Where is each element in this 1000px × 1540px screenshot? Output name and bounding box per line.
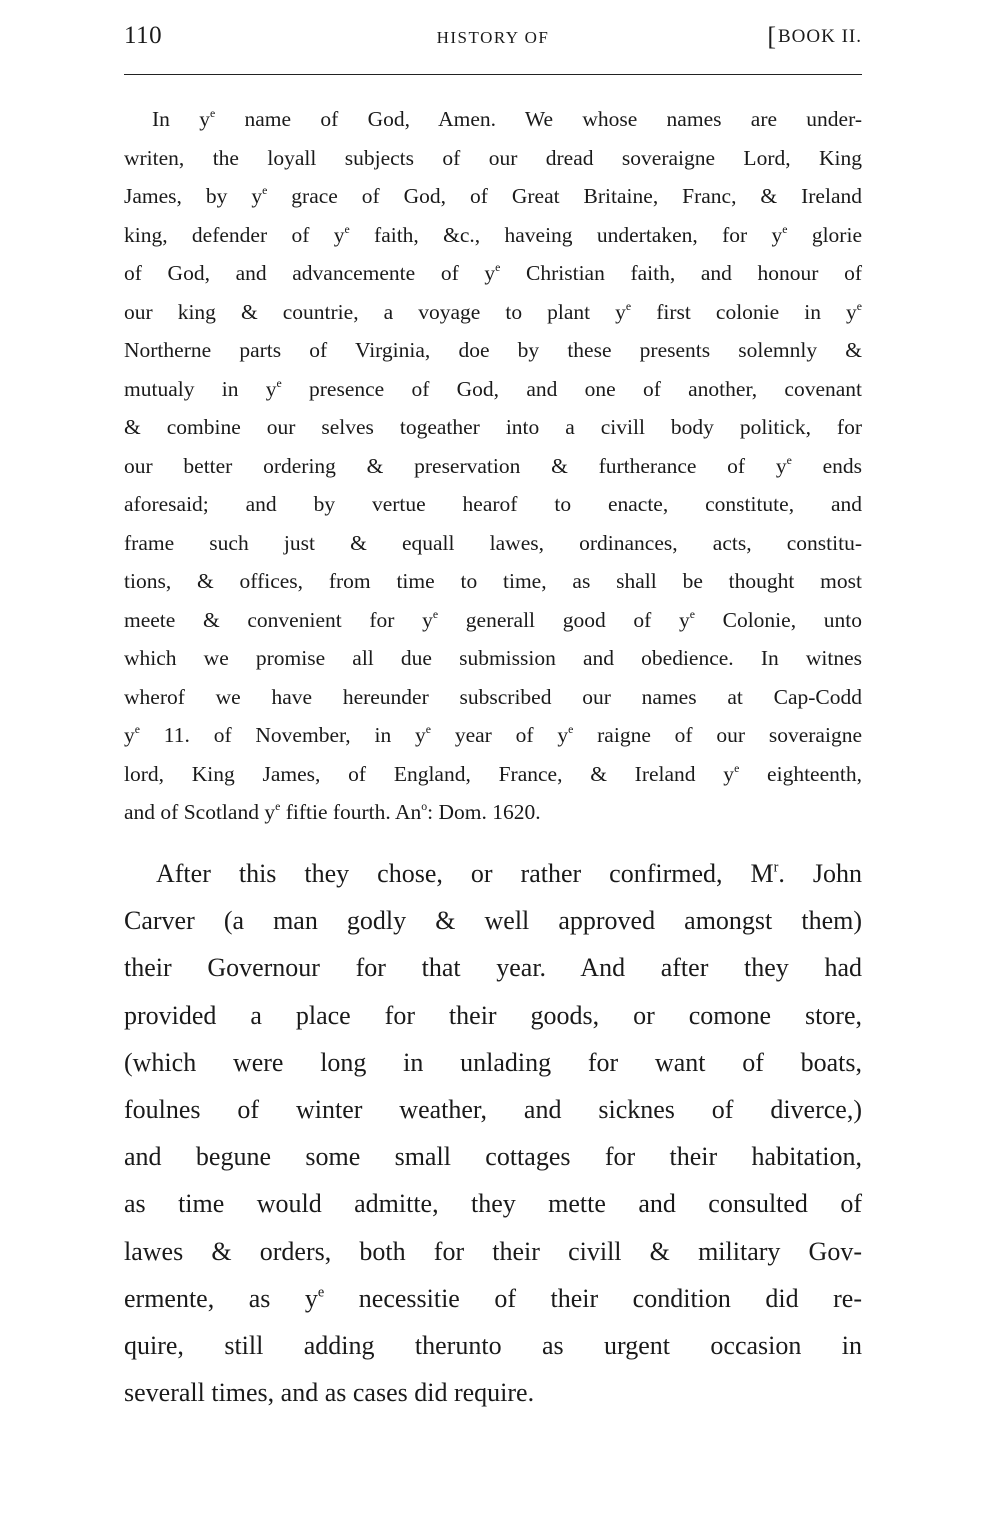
text-line: James, by ye grace of God, of Great Brit…	[124, 177, 862, 216]
narrative-paragraph: After this they chose, or rather confirm…	[124, 850, 862, 1416]
running-title: HISTORY OF	[124, 28, 862, 48]
text-line: and begune some small cottages for their…	[124, 1133, 862, 1180]
running-head: 110 HISTORY OF [BOOK II.	[124, 22, 862, 56]
text-line: meete & convenient for ye generall good …	[124, 601, 862, 640]
text-line: ye 11. of November, in ye year of ye rai…	[124, 716, 862, 755]
text-line: and of Scotland ye fiftie fourth. Ano: D…	[124, 793, 862, 832]
text-line: their Governour for that year. And after…	[124, 944, 862, 991]
text-line: foulnes of winter weather, and sicknes o…	[124, 1086, 862, 1133]
text-line: & combine our selves togeather into a ci…	[124, 408, 862, 447]
text-line: king, defender of ye faith, &c., haveing…	[124, 216, 862, 255]
text-line: which we promise all due submission and …	[124, 639, 862, 678]
text-line: writen, the loyall subjects of our dread…	[124, 139, 862, 178]
text-line: quire, still adding therunto as urgent o…	[124, 1322, 862, 1369]
text-line: our better ordering & preservation & fur…	[124, 447, 862, 486]
text-line: Carver (a man godly & well approved amon…	[124, 897, 862, 944]
text-line: ermente, as ye necessitie of their condi…	[124, 1275, 862, 1322]
text-line: tions, & offices, from time to time, as …	[124, 562, 862, 601]
text-line: lawes & orders, both for their civill & …	[124, 1228, 862, 1275]
mayflower-compact-quotation: In ye name of God, Amen. We whose names …	[124, 100, 862, 832]
text-line: In ye name of God, Amen. We whose names …	[124, 100, 862, 139]
text-line: of God, and advancemente of ye Christian…	[124, 254, 862, 293]
text-line: (which were long in unlading for want of…	[124, 1039, 862, 1086]
text-line: lord, King James, of England, France, & …	[124, 755, 862, 794]
text-line: wherof we have hereunder subscribed our …	[124, 678, 862, 717]
text-line: as time would admitte, they mette and co…	[124, 1180, 862, 1227]
book-bracket: [	[767, 28, 777, 46]
text-line: provided a place for their goods, or com…	[124, 992, 862, 1039]
text-line: mutualy in ye presence of God, and one o…	[124, 370, 862, 409]
book-label: [BOOK II.	[767, 26, 862, 48]
book-label-text: BOOK II.	[778, 26, 862, 47]
text-line: aforesaid; and by vertue hearof to enact…	[124, 485, 862, 524]
text-line: our king & countrie, a voyage to plant y…	[124, 293, 862, 332]
text-line: frame such just & equall lawes, ordinanc…	[124, 524, 862, 563]
text-line: After this they chose, or rather confirm…	[124, 850, 862, 897]
header-rule	[124, 74, 862, 75]
text-line: Northerne parts of Virginia, doe by thes…	[124, 331, 862, 370]
text-line: severall times, and as cases did require…	[124, 1369, 862, 1416]
book-page: 110 HISTORY OF [BOOK II. In ye name of G…	[0, 0, 1000, 1540]
